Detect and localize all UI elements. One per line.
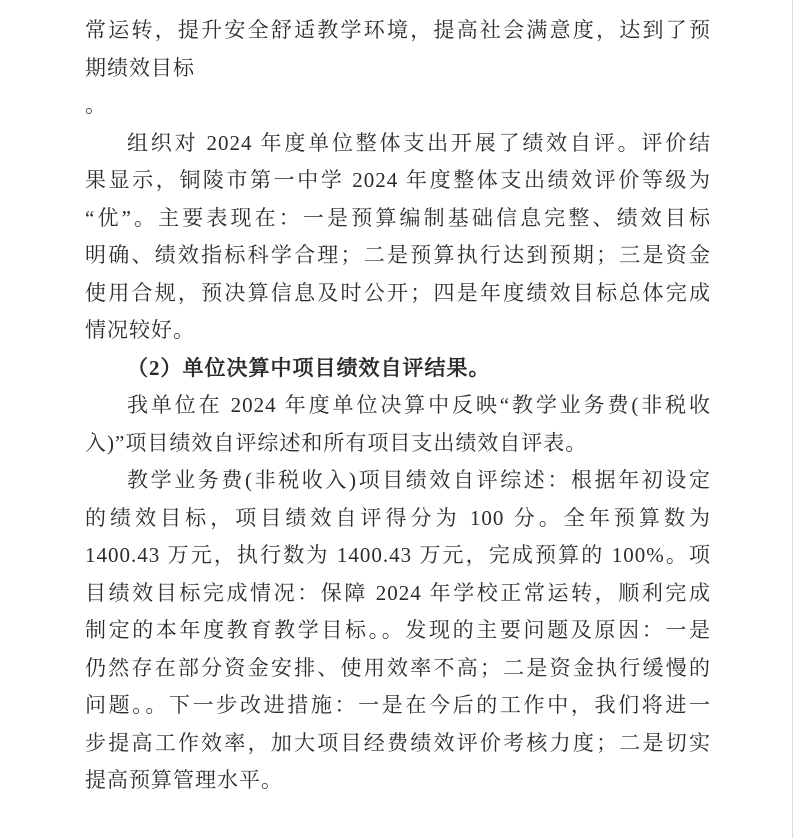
document-page: 常运转，提升安全舒适教学环境，提高社会满意度，达到了预期绩效目标。组织对 202… bbox=[0, 0, 793, 838]
text-line: 组织对 2024 年度单位整体支出开展了绩效自评。评价结 bbox=[85, 125, 711, 163]
text-line: 问题。。下一步改进措施：一是在今后的工作中，我们将进一 bbox=[85, 687, 711, 725]
text-line: 制定的本年度教育教学目标。。发现的主要问题及原因：一是 bbox=[85, 612, 711, 650]
heading-project-self-evaluation-results: （2）单位决算中项目绩效自评结果。 bbox=[85, 350, 711, 388]
text-line: 我单位在 2024 年度单位决算中反映“教学业务费(非税收 bbox=[85, 387, 711, 425]
text-line: 期绩效目标 bbox=[85, 50, 711, 88]
paragraph-continuation: 常运转，提升安全舒适教学环境，提高社会满意度，达到了预期绩效目标。 bbox=[85, 12, 711, 125]
text-line: 使用合规，预决算信息及时公开；四是年度绩效目标总体完成 bbox=[85, 275, 711, 313]
text-line: 常运转，提升安全舒适教学环境，提高社会满意度，达到了预 bbox=[85, 12, 711, 50]
text-line: 入)”项目绩效自评综述和所有项目支出绩效自评表。 bbox=[85, 425, 711, 463]
text-line: 的绩效目标，项目绩效自评得分为 100 分。全年预算数为 bbox=[85, 500, 711, 538]
paragraph-teaching-fee-summary: 教学业务费(非税收入)项目绩效自评综述：根据年初设定的绩效目标，项目绩效自评得分… bbox=[85, 462, 711, 800]
text-line: 1400.43 万元，执行数为 1400.43 万元，完成预算的 100%。项 bbox=[85, 537, 711, 575]
paragraph-overall-self-evaluation: 组织对 2024 年度单位整体支出开展了绩效自评。评价结果显示，铜陵市第一中学 … bbox=[85, 125, 711, 350]
text-line: 教学业务费(非税收入)项目绩效自评综述：根据年初设定 bbox=[85, 462, 711, 500]
text-line: 果显示，铜陵市第一中学 2024 年度整体支出绩效评价等级为 bbox=[85, 162, 711, 200]
text-line: 步提高工作效率，加大项目经费绩效评价考核力度；二是切实 bbox=[85, 725, 711, 763]
text-line: 。 bbox=[85, 87, 711, 125]
text-line: 仍然存在部分资金安排、使用效率不高；二是资金执行缓慢的 bbox=[85, 650, 711, 688]
text-line: 明确、绩效指标科学合理；二是预算执行达到预期；三是资金 bbox=[85, 237, 711, 275]
paragraph-final-accounts-reflection: 我单位在 2024 年度单位决算中反映“教学业务费(非税收入)”项目绩效自评综述… bbox=[85, 387, 711, 462]
text-line: （2）单位决算中项目绩效自评结果。 bbox=[85, 350, 711, 388]
text-line: 情况较好。 bbox=[85, 312, 711, 350]
document-body: 常运转，提升安全舒适教学环境，提高社会满意度，达到了预期绩效目标。组织对 202… bbox=[85, 12, 711, 800]
text-line: 提高预算管理水平。 bbox=[85, 762, 711, 800]
text-line: “优”。主要表现在：一是预算编制基础信息完整、绩效目标 bbox=[85, 200, 711, 238]
text-line: 目绩效目标完成情况：保障 2024 年学校正常运转，顺利完成 bbox=[85, 575, 711, 613]
